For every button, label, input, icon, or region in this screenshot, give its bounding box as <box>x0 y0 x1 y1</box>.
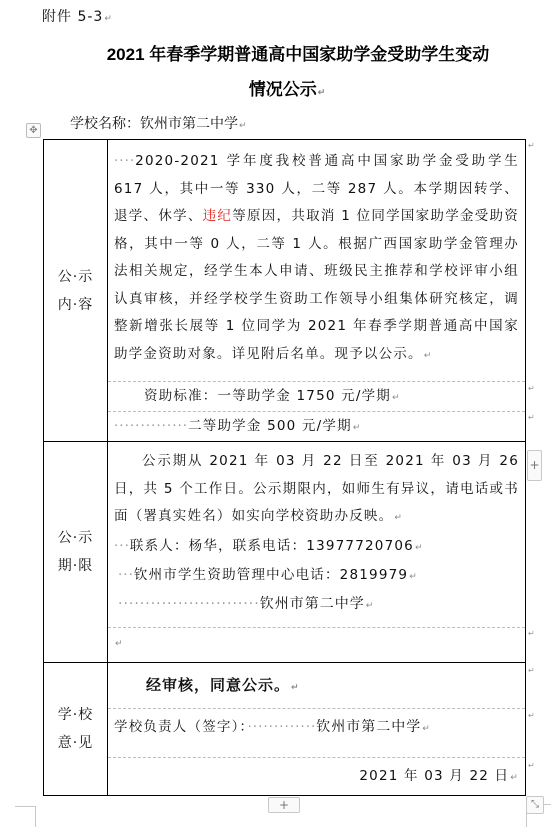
label-line: 意·见 <box>44 729 107 757</box>
period-cell[interactable]: 公示期从 2021 年 03 月 22 日至 2021 年 03 月 26 日，… <box>108 442 526 663</box>
row-end-mark-icon: ↵ <box>528 761 535 770</box>
opinion-text: 经审核，同意公示。↵ <box>108 663 525 708</box>
label-cell-period: 公·示 期·限 <box>44 442 108 663</box>
label-line: 内·容 <box>44 291 107 319</box>
row-end-mark-icon: ↵ <box>528 141 535 150</box>
page-margin-corner <box>15 806 36 827</box>
row-end-mark-icon: ↵ <box>528 711 535 720</box>
label-line: 公·示 <box>44 263 107 291</box>
table-resize-handle-icon[interactable]: ⤡ <box>526 796 544 814</box>
center-phone-line: ···钦州市学生资助管理中心电话：2819979↵ <box>108 562 525 591</box>
responsible-line: 学校负责人（签字）：·············钦州市第二中学↵ <box>108 708 525 757</box>
row-end-mark-icon: ↵ <box>528 384 535 393</box>
row-end-mark-icon: ↵ <box>528 666 535 675</box>
standard-line-1: 资助标准：一等助学金 1750 元/学期↵ <box>108 381 525 411</box>
table-move-handle-icon[interactable]: ✥ <box>26 123 41 138</box>
table-row-period: 公·示 期·限 公示期从 2021 年 03 月 22 日至 2021 年 03… <box>44 442 526 663</box>
date-line: 2021 年 03 月 22 日↵ <box>108 757 525 794</box>
signature-line: ··························钦州市第二中学↵ <box>108 591 525 620</box>
table-row-content: 公·示 内·容 ····2020-2021 学年度我校普通高中国家助学金受助学生… <box>44 140 526 442</box>
attachment-label: 附件 5-3↵ <box>42 6 113 26</box>
contact-line: ···联系人：杨华，联系电话：13977720706↵ <box>108 533 525 562</box>
row-end-mark-icon: ↵ <box>528 413 535 422</box>
table-row-opinion: 学·校 意·见 经审核，同意公示。↵ 学校负责人（签字）：···········… <box>44 663 526 796</box>
paragraph-mark-icon: ↵ <box>239 121 247 131</box>
label-cell-content: 公·示 内·容 <box>44 140 108 442</box>
margin-marker <box>526 813 527 827</box>
period-paragraph: 公示期从 2021 年 03 月 22 日至 2021 年 03 月 26 日，… <box>108 442 525 533</box>
standard-line-2: ··············二等助学金 500 元/学期↵ <box>108 411 525 441</box>
label-line: 公·示 <box>44 524 107 552</box>
highlighted-text: 违纪 <box>203 208 233 224</box>
margin-marker <box>543 804 551 805</box>
add-row-button[interactable]: + <box>268 797 300 813</box>
empty-line: ↵ <box>108 627 525 662</box>
notice-table: 公·示 内·容 ····2020-2021 学年度我校普通高中国家助学金受助学生… <box>43 139 526 796</box>
school-name: 学校名称：钦州市第二中学↵ <box>70 113 247 133</box>
opinion-cell[interactable]: 经审核，同意公示。↵ 学校负责人（签字）：·············钦州市第二中… <box>108 663 526 796</box>
paragraph-mark-icon: ↵ <box>318 87 326 97</box>
label-line: 学·校 <box>44 701 107 729</box>
label-cell-opinion: 学·校 意·见 <box>44 663 108 796</box>
add-column-button[interactable]: + <box>527 450 542 481</box>
row-end-mark-icon: ↵ <box>528 629 535 638</box>
label-line: 期·限 <box>44 552 107 580</box>
paragraph-mark-icon: ↵ <box>104 14 113 24</box>
paragraph-mark-icon: ↵ <box>424 351 433 361</box>
page-title-line1: 2021 年春季学期普通高中国家助学金受助学生变动 <box>28 40 554 65</box>
page-title-line2: 情况公示↵ <box>10 75 554 100</box>
content-cell[interactable]: ····2020-2021 学年度我校普通高中国家助学金受助学生 617 人，其… <box>108 140 526 442</box>
notice-paragraph: ····2020-2021 学年度我校普通高中国家助学金受助学生 617 人，其… <box>108 140 525 370</box>
